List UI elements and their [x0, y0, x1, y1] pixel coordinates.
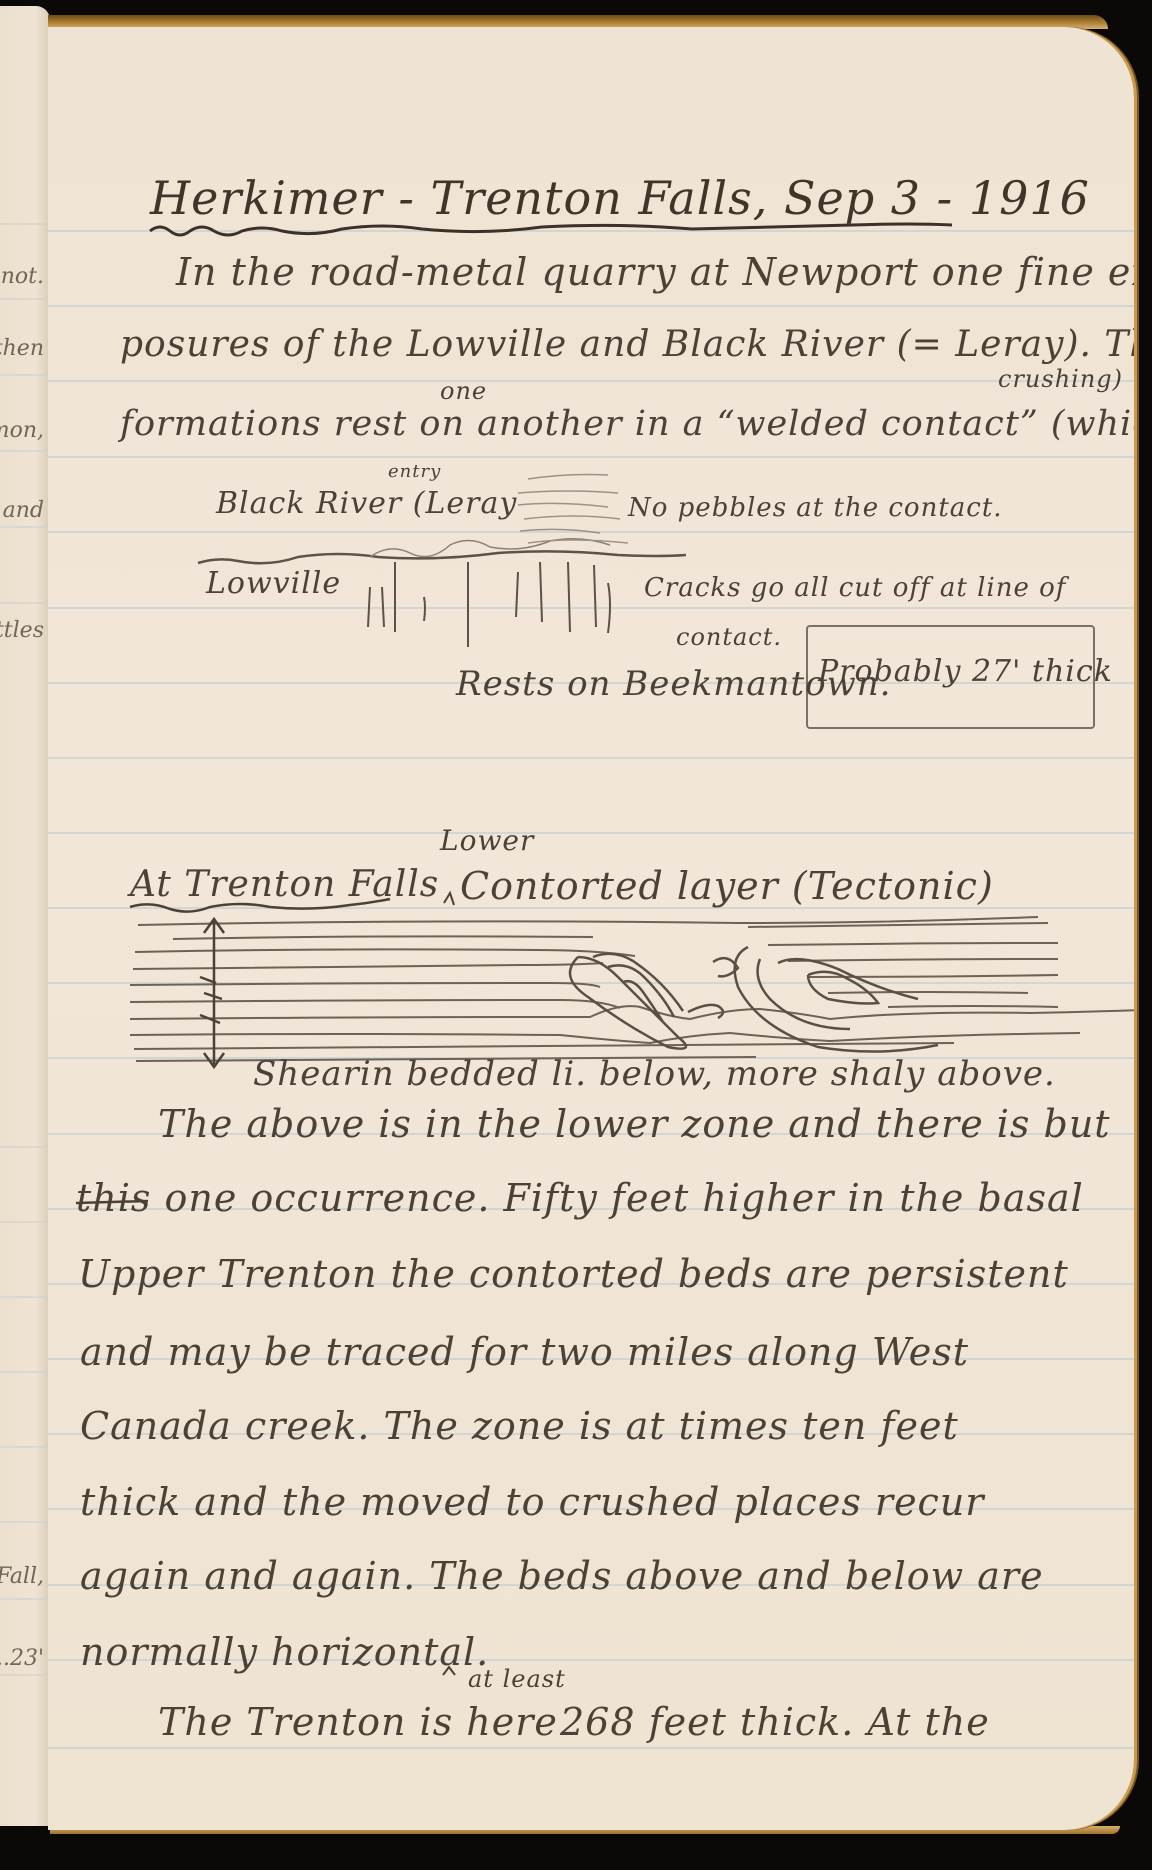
para2-line: Canada creek. The zone is at times ten f… [80, 1407, 959, 1445]
para2-line: and may be traced for two miles along We… [80, 1333, 969, 1371]
left-facing-page: ...we not. ...then ...mmon, ...y and ...… [0, 6, 50, 1826]
insert-at-least: at least [468, 1667, 566, 1691]
sketch2-caption: Shearin bedded li. below, more shaly abo… [253, 1057, 1056, 1091]
left-page-fragment: ...bottles [0, 618, 44, 643]
para2-line: The above is in the lower zone and there… [158, 1105, 1111, 1143]
para2-line: thick and the moved to crushed places re… [80, 1483, 984, 1521]
contact-line [198, 551, 686, 563]
left-page-fragment: ...23' [0, 1646, 44, 1671]
para2-line: this one occurrence. Fifty feet higher i… [76, 1179, 1084, 1217]
left-page-fragment: ...we not. [0, 264, 44, 289]
title-underline [150, 224, 952, 235]
para3-line1-b: 268 feet thick. At the [560, 1703, 990, 1741]
left-page-fragment: ...mmon, [0, 418, 44, 443]
left-page-fragment: ...Fall, [0, 1564, 44, 1589]
para2-line: again and again. The beds above and belo… [80, 1557, 1044, 1595]
notebook-page: Herkimer - Trenton Falls, Sep 3 - 1916 I… [48, 27, 1134, 1830]
left-page-fragment: ...then [0, 336, 44, 361]
para2-line: Upper Trenton the contorted beds are per… [78, 1255, 1069, 1293]
para3-line1-a: The Trenton is here [158, 1703, 558, 1741]
para2-line: normally horizontal. [80, 1633, 489, 1671]
left-page-fragment: ...y and [0, 498, 44, 523]
